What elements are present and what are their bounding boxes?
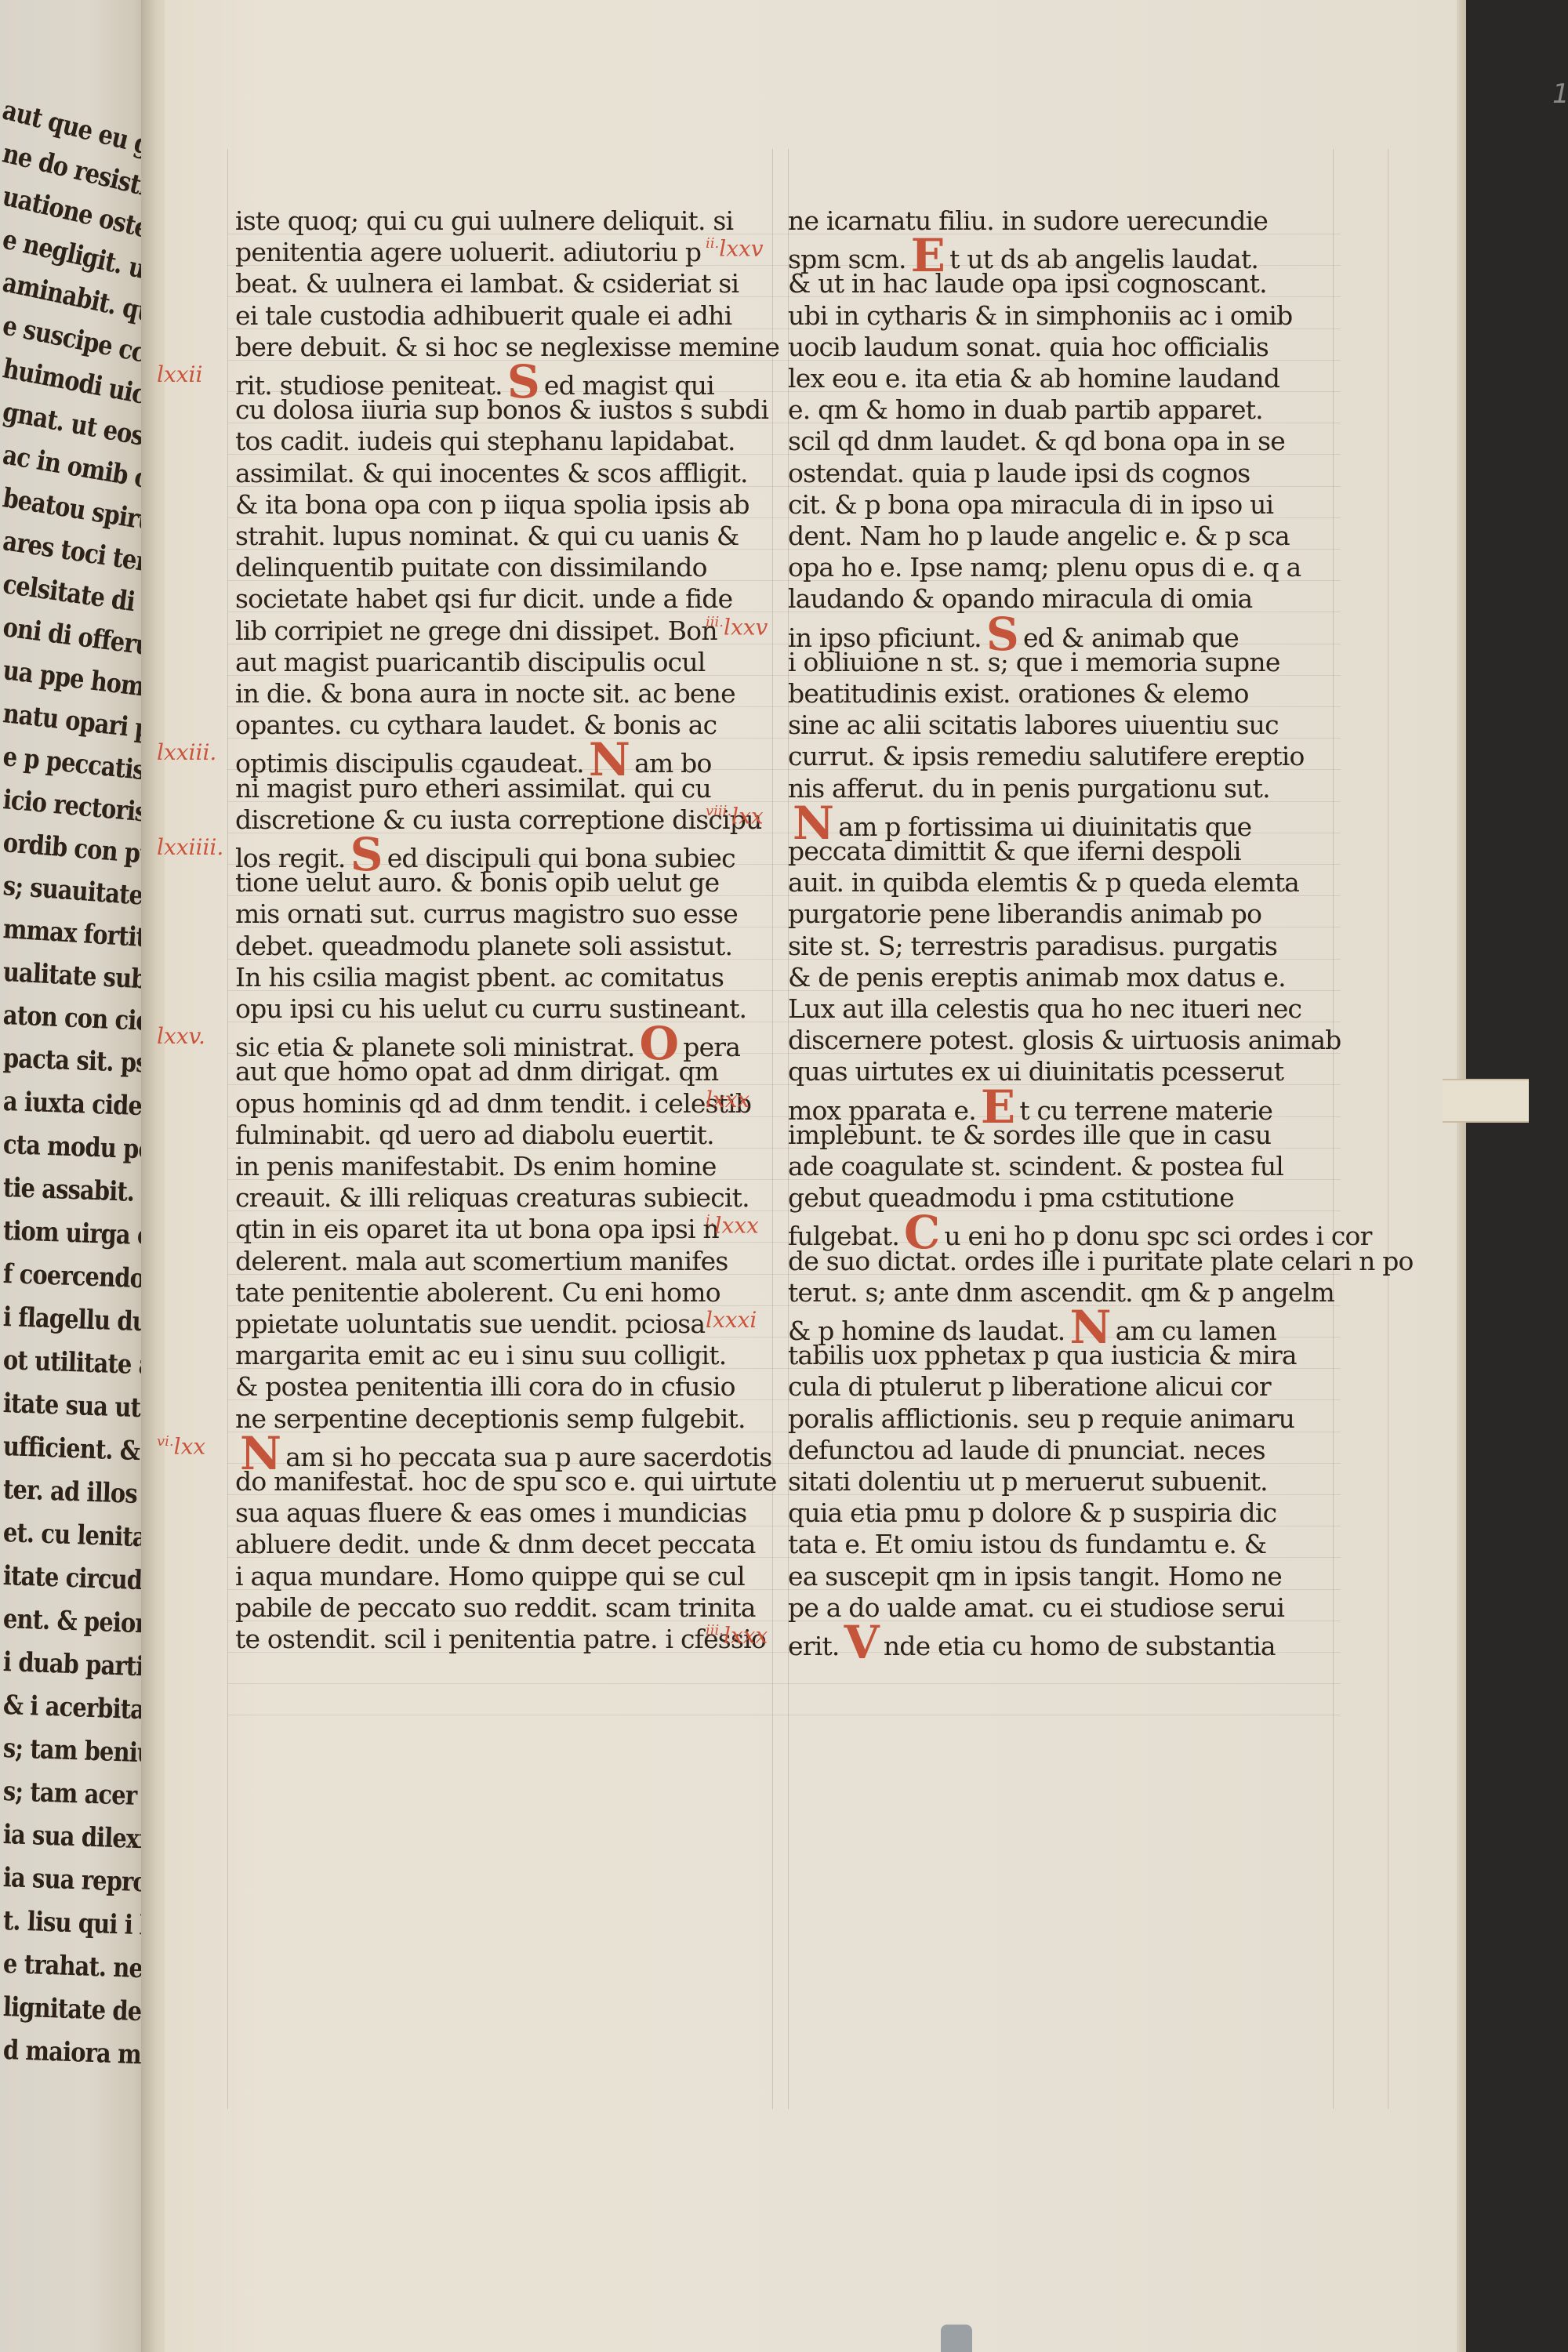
text-line: cula di ptulerut p liberatione alicui co… (788, 1371, 1271, 1403)
left-page-line: s; tam acer erat. S; ds (2, 1776, 149, 1817)
left-page-line: i flagellu duris & (2, 1301, 149, 1340)
margin-numeral: viii.lxx (706, 803, 764, 829)
text-line: ostendat. quia p laude ipsi ds cognos (788, 458, 1250, 489)
line-text: opus hominis qd ad dnm tendit. i celesti… (235, 1088, 751, 1119)
text-line: implebunt. te & sordes ille que in casu (788, 1120, 1271, 1151)
line-text: qtin in eis oparet ita ut bona opa ipsi … (235, 1214, 719, 1244)
line-text: opantes. cu cythara laudet. & bonis ac (235, 710, 717, 740)
text-line: poralis afflictionis. seu p requie anima… (788, 1403, 1294, 1435)
ruling-vertical (1333, 149, 1334, 2109)
margin-numeral: vi.lxx (157, 1433, 205, 1459)
line-text: uocib laudum sonat. quia hoc officialis (788, 332, 1269, 362)
line-text: & postea penitentia illi cora do in cfus… (235, 1371, 735, 1402)
line-text: lib corripiet ne grege dni dissipet. Bon (235, 615, 717, 646)
left-page-line: d maiora mala pfluat (2, 2034, 149, 2074)
line-text: aut que homo opat ad dnm dirigat. qm (235, 1056, 718, 1087)
text-line: terut. s; ante dnm ascendit. qm & p ange… (788, 1277, 1334, 1308)
line-text: erit. (788, 1631, 840, 1661)
text-line: auit. in quibda elemtis & p queda elemta (788, 867, 1299, 898)
text-line: peccata dimittit & que iferni despoli (788, 836, 1241, 867)
line-text: creauit. & illi reliquas creaturas subie… (235, 1182, 750, 1213)
line-text: opa ho e. Ipse namq; plenu opus di e. q … (788, 552, 1301, 583)
line-text: delinquentib puitate con dissimilando (235, 552, 707, 583)
line-text: in penis manifestabit. Ds enim homine (235, 1151, 717, 1181)
line-text: tate penitentie abolerent. Cu eni homo (235, 1277, 720, 1308)
line-text: delerent. mala aut scomertium manifes (235, 1246, 728, 1276)
left-page-line: e trahat. ne deficiat (2, 1948, 149, 1988)
text-line: laudando & opando miracula di omia (788, 583, 1252, 615)
line-text: ade coagulate st. scindent. & postea ful (788, 1151, 1283, 1181)
text-line: sua aquas fluere & eas omes i mundicias (235, 1497, 746, 1529)
bookmark-tab (941, 2325, 972, 2352)
line-text: fulminabit. qd uero ad diabolu euertit. (235, 1120, 714, 1150)
text-line: sic etia & planete soli ministrat.Opera (235, 1025, 740, 1056)
line-text: sitati dolentiu ut p meruerut subuenit. (788, 1466, 1268, 1497)
text-line: mox pparata e.Et cu terrene materie (788, 1088, 1272, 1120)
line-text: discretione & cu iusta correptione disci… (235, 804, 762, 835)
line-text: auit. in quibda elemtis & p queda elemta (788, 867, 1299, 898)
line-text: i aqua mundare. Homo quippe qui se cul (235, 1561, 745, 1592)
left-page-line: ter. ad illos aut qui (2, 1474, 149, 1513)
text-line: tos cadit. iudeis qui stephanu lapidabat… (235, 426, 735, 457)
line-text: gebut queadmodu i pma cstitutione (788, 1182, 1234, 1213)
line-text: lex eou e. ita etia & ab homine laudand (788, 363, 1279, 394)
line-text: cit. & p bona opa miracula di in ipso ui (788, 489, 1273, 520)
line-text: abluere dedit. unde & dnm decet peccata (235, 1529, 756, 1559)
left-page-line: s; tam beniuolus fuit (2, 1733, 149, 1773)
text-line: quia etia pmu p dolore & p suspiria dic (788, 1497, 1276, 1529)
text-line: dent. Nam ho p laude angelic e. & p sca (788, 521, 1290, 552)
left-page-line: f coercendo i manif (2, 1258, 149, 1298)
text-line: mis ornati sut. currus magistro suo esse (235, 898, 738, 930)
ruling-vertical (227, 149, 228, 2109)
text-line: in ipso pficiunt.Sed & animab que (788, 615, 1239, 647)
left-page-line: itate sua ut pmiser (2, 1388, 149, 1427)
text-line: purgatorie pene liberandis animab po (788, 898, 1261, 930)
line-text: ppietate uoluntatis sue uendit. pciosa (235, 1308, 705, 1339)
line-text: do manifestat. hoc de spu sco e. qui uir… (235, 1466, 777, 1497)
text-line: scil qd dnm laudet. & qd bona opa in se (788, 426, 1285, 457)
text-line: erit.Vnde etia cu homo de substantia (788, 1624, 1276, 1655)
line-text: margarita emit ac eu i sinu suu colligit… (235, 1340, 726, 1370)
text-line: i obliuione n st. s; que i memoria supne (788, 647, 1280, 678)
line-text: te ostendit. scil i penitentia patre. i … (235, 1624, 766, 1654)
left-page-line: s; suauitate uite iuen (2, 870, 149, 920)
ruling-horizontal (227, 1715, 1341, 1715)
text-line: tione uelut auro. & bonis opib uelut ge (235, 867, 719, 898)
line-text: tabilis uox pphetax p qua iusticia & mir… (788, 1340, 1297, 1370)
text-line: margarita emit ac eu i sinu suu colligit… (235, 1340, 726, 1371)
text-line: in penis manifestabit. Ds enim homine (235, 1151, 717, 1182)
text-line: & p homine ds laudat.Nam cu lamen (788, 1308, 1276, 1340)
line-text: laudando & opando miracula di omia (788, 583, 1252, 614)
text-line: lex eou e. ita etia & ab homine laudand (788, 363, 1279, 394)
line-text: tione uelut auro. & bonis opib uelut ge (235, 867, 719, 898)
left-page-line: a iuxta cideratione (2, 1086, 149, 1125)
line-text: implebunt. te & sordes ille que in casu (788, 1120, 1271, 1150)
left-page-line: ufficient. & eu etia (2, 1431, 149, 1470)
left-page-line: ordib con purgat i (2, 827, 149, 876)
line-text: site st. S; terrestris paradisus. purgat… (788, 931, 1277, 961)
text-line: & ut in hac laude opa ipsi cognoscant. (788, 268, 1267, 299)
text-line: Nam si ho peccata sua p aure sacerdotis (235, 1435, 771, 1466)
ruling-horizontal (227, 1683, 1341, 1684)
line-text: societate habet qsi fur dicit. unde a fi… (235, 583, 732, 614)
text-line: beat. & uulnera ei lambat. & csideriat s… (235, 268, 739, 299)
text-line: ubi in cytharis & in simphoniis ac i omi… (788, 300, 1293, 332)
text-line: site st. S; terrestris paradisus. purgat… (788, 931, 1277, 962)
left-page-line: mmax fortitudine (2, 913, 149, 958)
margin-numeral: lxxx (706, 1087, 750, 1112)
line-text: cu dolosa iiuria sup bonos & iustos s su… (235, 394, 768, 425)
text-line: pabile de peccato suo reddit. scam trini… (235, 1592, 756, 1624)
left-page-line: cta modu peccati (2, 1129, 149, 1167)
margin-numeral: i.lxxx (706, 1212, 759, 1238)
text-line: ne icarnatu filiu. in sudore uerecundie (788, 205, 1268, 237)
text-line: fulgebat.Cu eni ho p donu spc sci ordes … (788, 1214, 1372, 1245)
margin-numeral: iii.lxxv (706, 614, 768, 640)
text-line: i aqua mundare. Homo quippe qui se cul (235, 1561, 745, 1592)
text-line: opus hominis qd ad dnm tendit. i celesti… (235, 1088, 751, 1120)
line-text: In his csilia magist pbent. ac comitatus (235, 962, 724, 993)
text-line: assimilat. & qui inocentes & scos afflig… (235, 458, 748, 489)
text-line: beatitudinis exist. orationes & elemo (788, 678, 1249, 710)
text-line: defunctou ad laude di pnunciat. neces (788, 1435, 1265, 1466)
line-text-after-initial: nde etia cu homo de substantia (884, 1631, 1276, 1661)
line-text: discernere potest. glosis & uirtuosis an… (788, 1025, 1341, 1055)
text-line: societate habet qsi fur dicit. unde a fi… (235, 583, 732, 615)
text-line: sitati dolentiu ut p meruerut subuenit. (788, 1466, 1268, 1497)
line-text: aut magist puaricantib discipulis ocul (235, 647, 706, 677)
margin-numeral: lxxii (157, 361, 202, 387)
text-line: ade coagulate st. scindent. & postea ful (788, 1151, 1283, 1182)
line-text: quia etia pmu p dolore & p suspiria dic (788, 1497, 1276, 1528)
left-page-line: et. cu lenitate loqua (2, 1517, 149, 1557)
line-text: tata e. Et omiu istou ds fundamtu e. & (788, 1529, 1266, 1559)
page-edge (1457, 0, 1466, 2352)
text-line: currut. & ipsis remediu salutifere erept… (788, 741, 1305, 772)
text-line: cu dolosa iiuria sup bonos & iustos s su… (235, 394, 768, 426)
left-page-line: ot utilitate alicui (2, 1345, 149, 1383)
text-line: spm scm.Et ut ds ab angelis laudat. (788, 237, 1258, 268)
line-text: ei tale custodia adhibuerit quale ei adh… (235, 300, 731, 331)
left-page-line: tie assabit. Nam (2, 1172, 149, 1210)
line-text: & ita bona opa con p iiqua spolia ipsis … (235, 489, 750, 520)
text-line: do manifestat. hoc de spu sco e. qui uir… (235, 1466, 777, 1497)
text-line: aut magist puaricantib discipulis ocul (235, 647, 706, 678)
left-page-line: & i acerbitate esau (2, 1690, 149, 1729)
margin-numeral: lxxiii. (157, 739, 216, 765)
text-line: gebut queadmodu i pma cstitutione (788, 1182, 1234, 1214)
left-page-line: aton con cideratio (2, 1000, 149, 1040)
margin-numeral: lxxxi (706, 1307, 757, 1333)
line-text: ne serpentine deceptionis semp fulgebit. (235, 1403, 746, 1434)
line-text: ni magist puro etheri assimilat. qui cu (235, 773, 711, 804)
text-line: creauit. & illi reliquas creaturas subie… (235, 1182, 750, 1214)
text-line: rit. studiose peniteat.Sed magist qui (235, 363, 714, 394)
line-text: tos cadit. iudeis qui stephanu lapidabat… (235, 426, 735, 456)
line-text: scil qd dnm laudet. & qd bona opa in se (788, 426, 1285, 456)
text-line: optimis discipulis cgaudeat.Nam bo (235, 741, 712, 772)
text-line: te ostendit. scil i penitentia patre. i … (235, 1624, 766, 1655)
left-page-fragment: aut que eu gerugentne do resistit p quir… (0, 0, 149, 2352)
text-line: abluere dedit. unde & dnm decet peccata (235, 1529, 756, 1560)
line-text: i obliuione n st. s; que i memoria supne (788, 647, 1280, 677)
line-text: ea suscepit qm in ipsis tangit. Homo ne (788, 1561, 1282, 1592)
line-text: poralis afflictionis. seu p requie anima… (788, 1403, 1294, 1434)
line-text: & ut in hac laude opa ipsi cognoscant. (788, 268, 1267, 299)
text-line: los regit.Sed discipuli qui bona subiec (235, 836, 735, 867)
line-text: penitentia agere uoluerit. adiutoriu p (235, 237, 701, 267)
text-line: lib corripiet ne grege dni dissipet. Bon (235, 615, 717, 647)
text-line: Nam p fortissima ui diuinitatis que (788, 804, 1251, 836)
text-line: ne serpentine deceptionis semp fulgebit. (235, 1403, 746, 1435)
text-line: tata e. Et omiu istou ds fundamtu e. & (788, 1529, 1266, 1560)
text-line: strahit. lupus nominat. & qui cu uanis & (235, 521, 739, 552)
text-line: ei tale custodia adhibuerit quale ei adh… (235, 300, 731, 332)
line-text: ostendat. quia p laude ipsi ds cognos (788, 458, 1250, 488)
text-line: & de penis ereptis animab mox datus e. (788, 962, 1286, 993)
text-line: penitentia agere uoluerit. adiutoriu p (235, 237, 701, 268)
left-page-line: ualitate subditou (2, 956, 149, 999)
line-text: de suo dictat. ordes ille i puritate pla… (788, 1246, 1414, 1276)
paper-tab-strip (1443, 1079, 1529, 1123)
text-line: opa ho e. Ipse namq; plenu opus di e. q … (788, 552, 1301, 583)
left-page-line: ent. & peiores port (2, 1603, 149, 1642)
text-line: in die. & bona aura in nocte sit. ac ben… (235, 678, 735, 710)
left-page-line: tiom uirga correp (2, 1215, 149, 1254)
text-line: quas uirtutes ex ui diuinitatis pcesseru… (788, 1056, 1283, 1087)
text-line: qtin in eis oparet ita ut bona opa ipsi … (235, 1214, 719, 1245)
text-line: In his csilia magist pbent. ac comitatus (235, 962, 724, 993)
text-line: delinquentib puitate con dissimilando (235, 552, 707, 583)
margin-numeral: lxxv. (157, 1023, 205, 1049)
line-text: pabile de peccato suo reddit. scam trini… (235, 1592, 756, 1623)
line-text: purgatorie pene liberandis animab po (788, 898, 1261, 929)
text-line: Lux aut illa celestis qua ho nec itueri … (788, 993, 1301, 1025)
text-line: opantes. cu cythara laudet. & bonis ac (235, 710, 717, 741)
text-line: e. qm & homo in duab partib apparet. (788, 394, 1263, 426)
line-text: sua aquas fluere & eas omes i mundicias (235, 1497, 746, 1528)
line-text: assimilat. & qui inocentes & scos afflig… (235, 458, 748, 488)
line-text: Lux aut illa celestis qua ho nec itueri … (788, 993, 1301, 1024)
text-line: debet. queadmodu planete soli assistut. (235, 931, 732, 962)
line-text: dent. Nam ho p laude angelic e. & p sca (788, 521, 1290, 551)
line-text: in die. & bona aura in nocte sit. ac ben… (235, 678, 735, 709)
left-page-line: lignitate delinquit (2, 1991, 149, 2031)
text-line: ni magist puro etheri assimilat. qui cu (235, 773, 711, 804)
rubricated-initial: V (844, 1616, 879, 1669)
line-text: debet. queadmodu planete soli assistut. (235, 931, 732, 961)
text-line: delerent. mala aut scomertium manifes (235, 1246, 728, 1277)
left-page-line: ia sua reprobauit. Sic (2, 1862, 149, 1902)
text-line: sine ac alii scitatis labores uiuentiu s… (788, 710, 1279, 741)
text-line: tabilis uox pphetax p qua iusticia & mir… (788, 1340, 1297, 1371)
line-text: strahit. lupus nominat. & qui cu uanis & (235, 521, 739, 551)
text-line: & ita bona opa con p iiqua spolia ipsis … (235, 489, 750, 521)
text-line: discernere potest. glosis & uirtuosis an… (788, 1025, 1341, 1056)
text-line: aut que homo opat ad dnm dirigat. qm (235, 1056, 718, 1087)
text-line: tate penitentie abolerent. Cu eni homo (235, 1277, 720, 1308)
line-text: peccata dimittit & que iferni despoli (788, 836, 1241, 866)
left-page-line: ia sua dilexit. esau (2, 1819, 149, 1858)
left-page-line: itate circudare uolu (2, 1560, 149, 1600)
left-page-line: t. lisu qui i beniuolen (2, 1905, 149, 1945)
margin-numeral: ii.lxxv (706, 235, 764, 261)
text-line: & postea penitentia illi cora do in cfus… (235, 1371, 735, 1403)
line-text: defunctou ad laude di pnunciat. neces (788, 1435, 1265, 1465)
left-page-line: pacta sit. pspiciet (2, 1043, 149, 1081)
ruling-vertical (1388, 149, 1388, 2109)
text-line: nis afferut. du in penis purgationu sut. (788, 773, 1270, 804)
line-text: cula di ptulerut p liberatione alicui co… (788, 1371, 1271, 1402)
line-text: mis ornati sut. currus magistro suo esse (235, 898, 738, 929)
line-text: quas uirtutes ex ui diuinitatis pcesseru… (788, 1056, 1283, 1087)
left-page-line: i duab partib sit (2, 1646, 149, 1685)
text-line: ppietate uoluntatis sue uendit. pciosa (235, 1308, 705, 1340)
text-line: ea suscepit qm in ipsis tangit. Homo ne (788, 1561, 1282, 1592)
ruling-vertical (772, 149, 773, 2109)
line-text: sine ac alii scitatis labores uiuentiu s… (788, 710, 1279, 740)
line-text: beatitudinis exist. orationes & elemo (788, 678, 1249, 709)
line-text: nis afferut. du in penis purgationu sut. (788, 773, 1270, 804)
text-line: discretione & cu iusta correptione disci… (235, 804, 762, 836)
line-text: ubi in cytharis & in simphoniis ac i omi… (788, 300, 1293, 331)
text-line: de suo dictat. ordes ille i puritate pla… (788, 1246, 1414, 1277)
line-text: terut. s; ante dnm ascendit. qm & p ange… (788, 1277, 1334, 1308)
line-text: ne icarnatu filiu. in sudore uerecundie (788, 205, 1268, 236)
folio-number: 195 (1552, 78, 1568, 110)
text-line: uocib laudum sonat. quia hoc officialis (788, 332, 1269, 363)
text-line: iste quoq; qui cu gui uulnere deliquit. … (235, 205, 733, 237)
line-text: iste quoq; qui cu gui uulnere deliquit. … (235, 205, 733, 236)
text-line: cit. & p bona opa miracula di in ipso ui (788, 489, 1273, 521)
margin-numeral: iii.lxxx (706, 1622, 768, 1648)
text-line: fulminabit. qd uero ad diabolu euertit. (235, 1120, 714, 1151)
line-text: & de penis ereptis animab mox datus e. (788, 962, 1286, 993)
line-text: beat. & uulnera ei lambat. & csideriat s… (235, 268, 739, 299)
line-text: currut. & ipsis remediu salutifere erept… (788, 741, 1305, 771)
line-text: e. qm & homo in duab partib apparet. (788, 394, 1263, 425)
margin-numeral: lxxiiii. (157, 834, 223, 860)
